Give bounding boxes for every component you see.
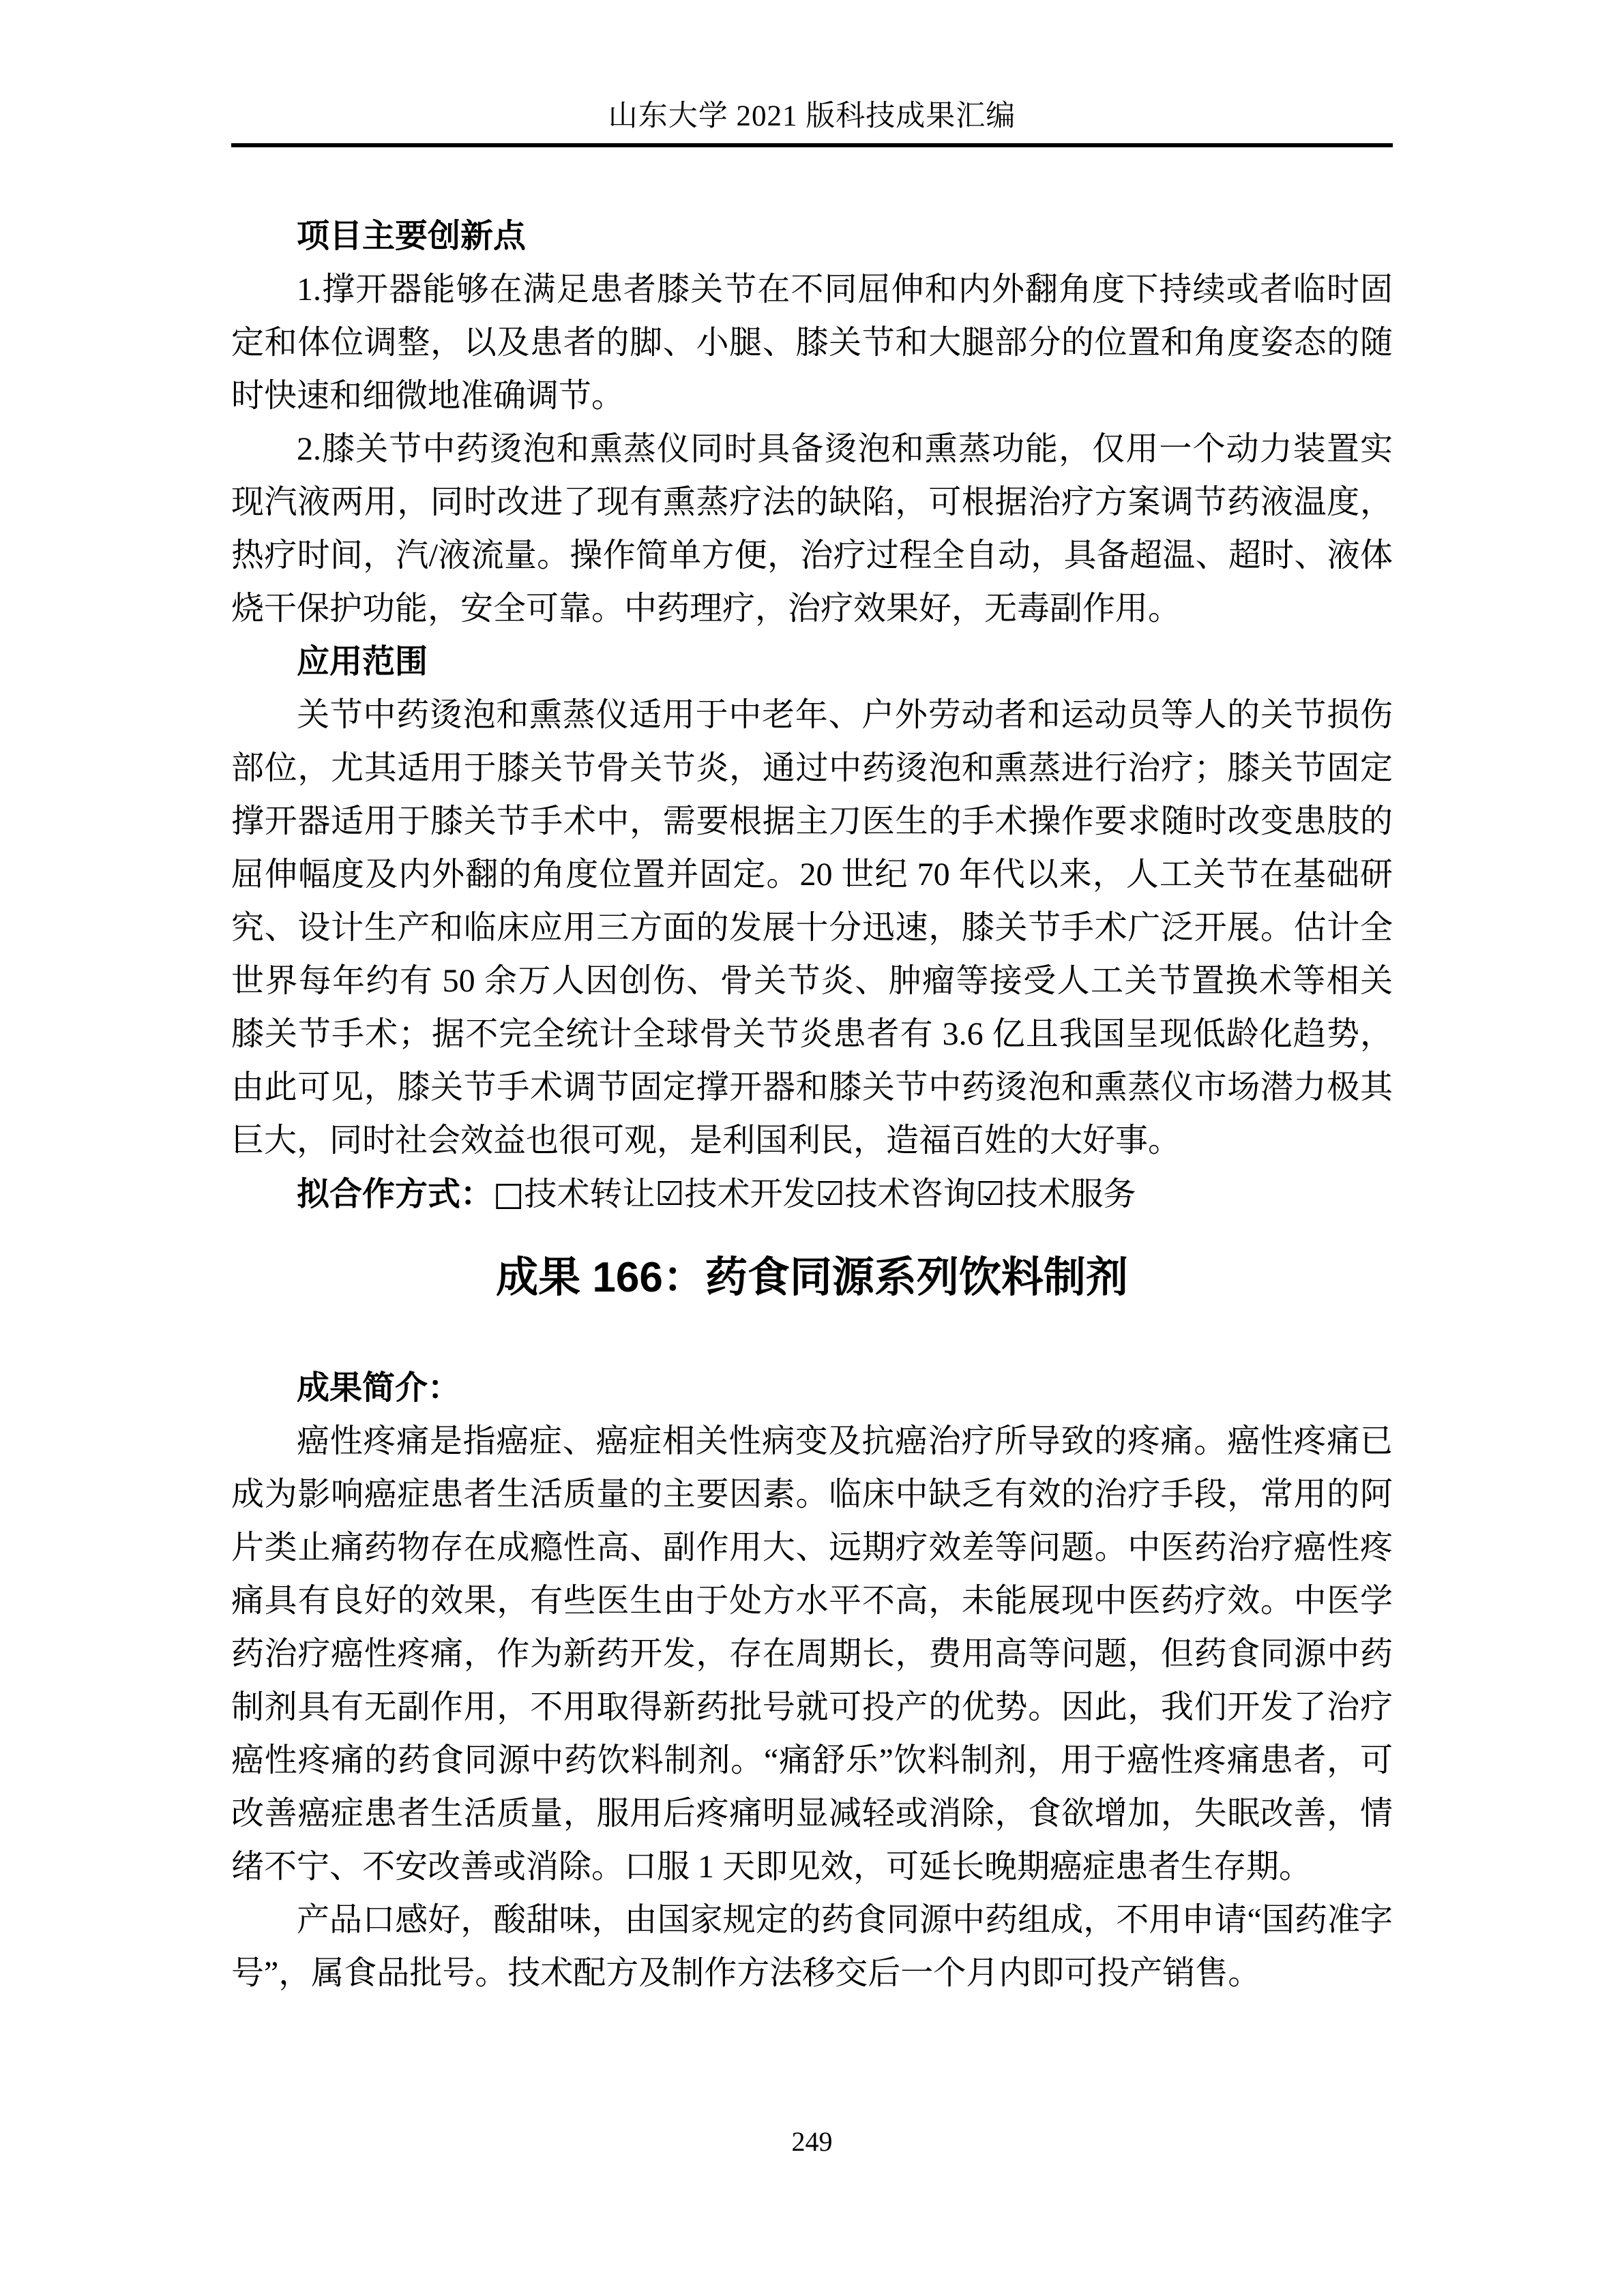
cooperation-option-label: 技术服务 <box>1005 1176 1136 1212</box>
cooperation-line: 拟合作方式：□技术转让☑技术开发☑技术咨询☑技术服务 <box>231 1167 1393 1221</box>
cooperation-label: 拟合作方式： <box>297 1176 493 1212</box>
page-footer: 249 <box>0 2126 1624 2158</box>
cooperation-option-label: 技术转让 <box>524 1176 655 1212</box>
intro-para-2: 产品口感好，酸甜味，由国家规定的药食同源中药组成，不用申请“国药准字号”，属食品… <box>231 1894 1393 2000</box>
header-title: 山东大学 2021 版科技成果汇编 <box>231 100 1393 134</box>
achievement-166-title: 成果 166：药食同源系列饮料制剂 <box>231 1251 1393 1304</box>
checkbox-checked-icon: ☑ <box>815 1175 844 1213</box>
intro-heading: 成果简介： <box>231 1362 1393 1415</box>
document-body: 项目主要创新点 1.撑开器能够在满足患者膝关节在不同屈伸和内外翻角度下持续或者临… <box>231 210 1393 2000</box>
cooperation-option-tech-consulting: ☑技术咨询 <box>815 1176 975 1212</box>
cooperation-option-label: 技术开发 <box>684 1176 815 1212</box>
cooperation-option-tech-development: ☑技术开发 <box>655 1176 815 1212</box>
checkbox-checked-icon: ☑ <box>655 1175 684 1213</box>
innovation-heading: 项目主要创新点 <box>231 210 1393 263</box>
checkbox-checked-icon: ☑ <box>975 1175 1005 1213</box>
cooperation-option-tech-transfer: □技术转让 <box>493 1176 655 1212</box>
application-heading: 应用范围 <box>231 636 1393 689</box>
checkbox-unchecked-icon: □ <box>493 1175 524 1213</box>
cooperation-option-label: 技术咨询 <box>844 1176 975 1212</box>
innovation-point-2: 2.膝关节中药烫泡和熏蒸仪同时具备烫泡和熏蒸功能，仅用一个动力装置实现汽液两用，… <box>231 423 1393 636</box>
intro-para-1: 癌性疼痛是指癌症、癌症相关性病变及抗癌治疗所导致的疼痛。癌性疼痛已成为影响癌症患… <box>231 1415 1393 1894</box>
header-divider <box>231 143 1393 147</box>
page-number: 249 <box>792 2126 833 2157</box>
document-page: 山东大学 2021 版科技成果汇编 项目主要创新点 1.撑开器能够在满足患者膝关… <box>0 0 1624 2296</box>
cooperation-option-tech-service: ☑技术服务 <box>975 1176 1136 1212</box>
page-content: 山东大学 2021 版科技成果汇编 项目主要创新点 1.撑开器能够在满足患者膝关… <box>231 0 1393 2000</box>
innovation-point-1: 1.撑开器能够在满足患者膝关节在不同屈伸和内外翻角度下持续或者临时固定和体位调整… <box>231 263 1393 423</box>
application-text: 关节中药烫泡和熏蒸仪适用于中老年、户外劳动者和运动员等人的关节损伤部位，尤其适用… <box>231 689 1393 1167</box>
